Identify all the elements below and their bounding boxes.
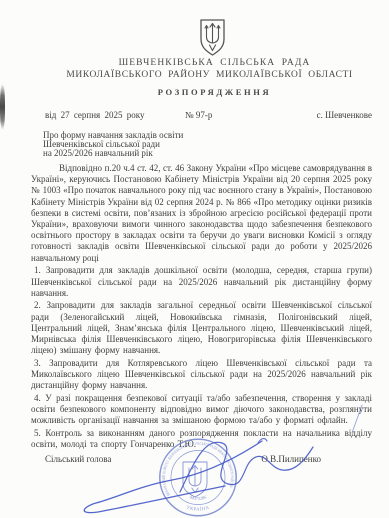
order-item-1: 1. Запровадити для закладів дошкільної о… bbox=[31, 265, 372, 299]
order-item-5: 5. Контроль за виконанням даного розпоря… bbox=[31, 428, 372, 450]
svg-text:04375286: 04375286 bbox=[189, 494, 208, 501]
document-body: Відповідно п.20 ч.4 ст. 42, ст. 46 Закон… bbox=[31, 163, 372, 451]
council-name: ШЕВЧЕНКІВСЬКА СІЛЬСЬКА РАДА bbox=[40, 58, 389, 68]
meta-row: від 27 серпня 2025 року № 97-р с. Шевчен… bbox=[45, 110, 374, 122]
document-date: від 27 серпня 2025 року bbox=[45, 110, 144, 120]
order-item-2: 2. Запровадити для закладів загальної се… bbox=[31, 300, 372, 356]
document-number: № 97-р bbox=[185, 110, 212, 120]
document-type-title: РОЗПОРЯДЖЕННЯ bbox=[40, 87, 389, 97]
subject-line: на 2025/2026 навчальний рік bbox=[43, 149, 183, 158]
signer-title: Сільський голова bbox=[45, 454, 111, 464]
document-place: с. Шевченкове bbox=[317, 110, 372, 120]
order-item-4: 4. У разі покращення безпекової ситуації… bbox=[31, 393, 372, 427]
scan-artifact bbox=[0, 84, 5, 130]
district-name: МИКОЛАЇВСЬКОГО РАЙОНУ МИКОЛАЇВСЬКОЇ ОБЛА… bbox=[30, 70, 389, 80]
document-subject: Про форму навчання закладів освіти Шевче… bbox=[43, 131, 183, 158]
seal-country: УКРАЇНА bbox=[186, 505, 210, 512]
signature-row: Сільський голова О.В.Пилипенко bbox=[45, 454, 321, 464]
preamble-paragraph: Відповідно п.20 ч.4 ст. 42, ст. 46 Закон… bbox=[31, 163, 372, 264]
seal-trident-icon bbox=[183, 462, 207, 497]
ukraine-trident-icon bbox=[198, 18, 227, 57]
order-item-3: 3. Запровадити для Котляревського ліцею … bbox=[31, 358, 372, 392]
signer-name: О.В.Пилипенко bbox=[261, 454, 321, 464]
seal-code: 04375286 bbox=[189, 494, 208, 501]
svg-text:УКРАЇНА: УКРАЇНА bbox=[186, 505, 210, 512]
document-page: ШЕВЧЕНКІВСЬКА СІЛЬСЬКА РАДА МИКОЛАЇВСЬКО… bbox=[0, 0, 389, 518]
